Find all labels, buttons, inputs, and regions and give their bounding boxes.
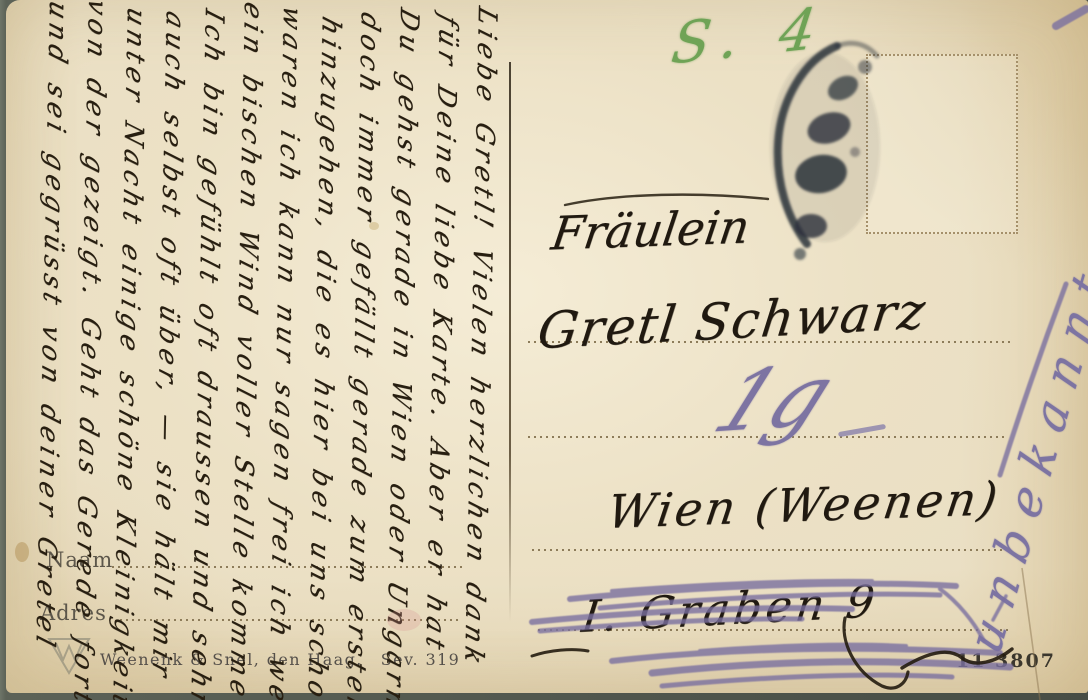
message-address-divider	[509, 62, 511, 622]
postcard-scan: Naam Adres Weenenk & Snel, den Haag.Sev.…	[0, 0, 1088, 700]
address-rule-3	[532, 549, 1006, 551]
stamp-box	[866, 54, 1018, 234]
recipient-title: Fräulein	[548, 199, 753, 260]
handwritten-message: Liebe Gretl! Vielen herzlichen dank für …	[20, 0, 506, 698]
